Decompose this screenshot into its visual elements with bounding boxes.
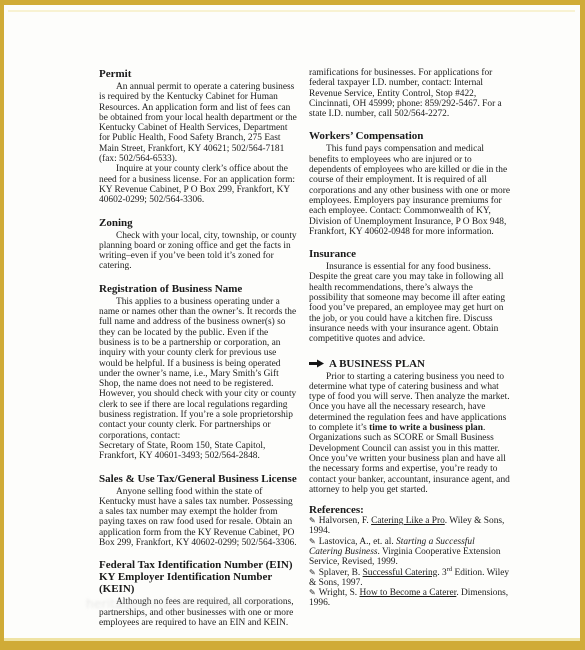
- permit-paragraph-1: An annual permit to operate a catering b…: [99, 82, 298, 164]
- left-column: Permit An annual permit to operate a cat…: [99, 68, 298, 628]
- pencil-bullet-icon: ✎: [309, 537, 316, 546]
- continuation-paragraph: ramifications for businesses. For applic…: [309, 68, 510, 119]
- frame-bottom-stripe: [4, 638, 580, 641]
- pencil-bullet-icon: ✎: [309, 588, 316, 597]
- pencil-bullet-icon: ✎: [309, 568, 316, 577]
- reference-item: ✎Lastovica, A., et. al. Starting a Succe…: [309, 537, 510, 568]
- watermark: heritagechristiancollege.com: [86, 596, 266, 611]
- reference-item: ✎Splaver, B. Successful Catering. 3rd Ed…: [309, 568, 510, 589]
- reference-publisher: . 3: [437, 568, 446, 578]
- reference-title: Successful Catering: [363, 568, 438, 578]
- section-heading-zoning: Zoning: [99, 217, 298, 229]
- business-plan-header: A BUSINESS PLAN: [309, 358, 510, 370]
- insurance-paragraph: Insurance is essential for any food busi…: [309, 262, 510, 344]
- reference-title: How to Become a Caterer: [359, 588, 456, 598]
- section-heading-permit: Permit: [99, 68, 298, 80]
- business-plan-paragraph: Prior to starting a catering business yo…: [309, 372, 510, 496]
- section-heading-sales-tax: Sales & Use Tax/General Business License: [99, 473, 298, 485]
- section-heading-insurance: Insurance: [309, 248, 510, 260]
- right-column: ramifications for businesses. For applic…: [309, 68, 510, 609]
- frame-top-stripe: [8, 10, 575, 12]
- sales-tax-paragraph: Anyone selling food within the state of …: [99, 487, 298, 549]
- section-heading-workers-comp: Workers’ Compensation: [309, 130, 510, 142]
- section-heading-business-plan: A BUSINESS PLAN: [329, 358, 425, 370]
- reference-item: ✎Wright, S. How to Become a Caterer. Dim…: [309, 588, 510, 609]
- reference-title: Catering Like a Pro: [371, 516, 445, 526]
- ein-heading-line1: Federal Tax Identification Number (EIN): [99, 559, 298, 571]
- section-heading-registration: Registration of Business Name: [99, 283, 298, 295]
- ein-heading-line2: KY Employer Identification Number (KEIN): [99, 571, 298, 595]
- workers-comp-paragraph: This fund pays compensation and medical …: [309, 144, 510, 237]
- section-heading-ein-kein: Federal Tax Identification Number (EIN) …: [99, 559, 298, 595]
- permit-paragraph-2: Inquire at your county clerk’s office ab…: [99, 164, 298, 205]
- reference-author: Splaver, B.: [319, 568, 363, 578]
- registration-contact: Secretary of State, Room 150, State Capi…: [99, 441, 298, 462]
- pencil-bullet-icon: ✎: [309, 516, 316, 525]
- reference-author: Wright, S.: [319, 588, 360, 598]
- registration-paragraph: This applies to a business operating und…: [99, 297, 298, 441]
- arrow-right-icon: [309, 359, 324, 368]
- business-plan-text-post: . Organizations such as SCORE or Small B…: [309, 423, 510, 495]
- reference-author: Halvorsen, F.: [319, 516, 371, 526]
- business-plan-text-bold: time to write a business plan: [369, 423, 483, 433]
- section-heading-references: References:: [309, 504, 510, 516]
- reference-author: Lastovica, A., et. al.: [319, 537, 396, 547]
- zoning-paragraph: Check with your local, city, township, o…: [99, 231, 298, 272]
- reference-item: ✎Halvorsen, F. Catering Like a Pro. Wile…: [309, 516, 510, 537]
